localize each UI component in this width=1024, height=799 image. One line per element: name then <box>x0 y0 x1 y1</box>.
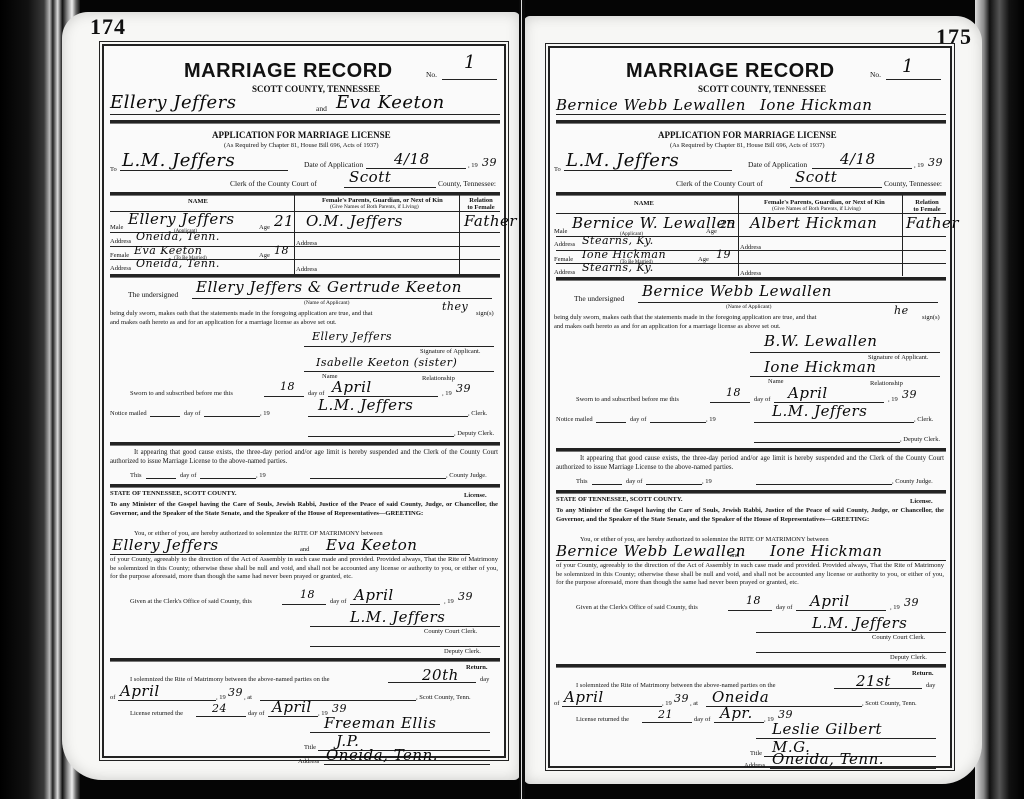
col-parents-subheader: (Give Names of Both Parents, if Living) <box>772 206 861 212</box>
license-bride-name: Eva Keeton <box>326 536 417 554</box>
county-court-clerk-label: County Court Clerk. <box>872 634 925 641</box>
male-address: Stearns, Ky. <box>582 234 654 247</box>
parent-name: Albert Hickman <box>750 214 877 232</box>
col-parents-subheader: (Give Names of Both Parents, if Living) <box>330 204 419 210</box>
sworn-label: Sworn to and subscribed before me this <box>130 390 233 397</box>
female-label: Female <box>110 252 129 259</box>
undersigned-label: The undersigned <box>128 290 178 299</box>
male-label: Male <box>110 224 123 231</box>
solemnized-year: 39 <box>674 692 689 705</box>
marriage-record-form: MARRIAGE RECORD No. 1 SCOTT COUNTY, TENN… <box>102 44 506 758</box>
license-returned-label: License returned the <box>130 710 183 717</box>
given-label: Given at the Clerk's Office of said Coun… <box>576 604 698 611</box>
given-month: April <box>810 592 850 610</box>
application-year: 39 <box>928 156 943 169</box>
state-heading: STATE OF TENNESSEE, SCOTT COUNTY. <box>556 496 683 503</box>
undersigned-label: The undersigned <box>574 294 624 303</box>
returned-month: Apr. <box>720 704 753 722</box>
sworn-year: 39 <box>456 382 471 395</box>
male-address: Oneida, Tenn. <box>136 230 220 243</box>
form-title: MARRIAGE RECORD <box>184 60 393 83</box>
witness-value: Ione Hickman <box>764 358 876 376</box>
county-value: Scott <box>349 168 391 186</box>
undersigned-value: Ellery Jeffers & Gertrude Keeton <box>196 278 462 296</box>
oath-sign-suffix: sign(s) <box>476 310 494 317</box>
male-age-label: Age <box>706 228 717 235</box>
bride-name: Eva Keeton <box>336 92 445 113</box>
license-label: License. <box>910 498 933 505</box>
license-groom-name: Bernice Webb Lewallen <box>556 542 746 560</box>
oath-text-2: and makes oath hereto as and for an appl… <box>554 323 781 330</box>
judge-day-of-label: day of <box>626 478 642 485</box>
return-label: Return. <box>912 670 933 677</box>
license-groom-name: Ellery Jeffers <box>112 536 219 554</box>
record-number: 1 <box>902 56 914 77</box>
relation-value: Father <box>464 212 517 230</box>
col-relation-header: Relation to Female <box>466 197 496 211</box>
judge-19-label: , 19 <box>256 472 266 479</box>
solemnized-year: 39 <box>228 686 243 699</box>
ledger-page-174: 174 MARRIAGE RECORD No. 1 SCOTT COUNTY, … <box>62 12 520 780</box>
deputy-clerk-label: , Deputy Clerk. <box>454 430 494 437</box>
sworn-year: 39 <box>902 388 917 401</box>
oath-signer: they <box>442 300 468 313</box>
solemnized-year-prefix: , 19 <box>216 694 226 701</box>
officiant-address-label: Address <box>298 758 319 765</box>
county-suffix: County, Tennessee: <box>438 179 496 188</box>
sworn-year-prefix: , 19 <box>888 396 898 403</box>
witness-value: Isabelle Keeton (sister) <box>316 356 457 369</box>
female-age-label: Age <box>259 252 270 259</box>
application-heading: APPLICATION FOR MARRIAGE LICENSE <box>212 130 391 140</box>
at-label: , at <box>244 694 252 701</box>
parent-address-label-2: Address <box>296 266 317 273</box>
solemnized-month: April <box>564 688 604 706</box>
clerk-label: , Clerk. <box>468 410 487 417</box>
at-label: , at <box>690 700 698 707</box>
relationship-label: Relationship <box>422 375 455 382</box>
female-label: Female <box>554 256 573 263</box>
to-any-minister-text: To any Minister of the Gospel having the… <box>110 501 498 518</box>
application-subheading: (As Required by Chapter 81, House Bill 6… <box>224 142 379 149</box>
officiant-address-label: Address <box>744 762 765 769</box>
returned-day-of-label: day of <box>248 710 264 717</box>
to-any-minister-text: To any Minister of the Gospel having the… <box>556 507 944 524</box>
to-label: To <box>554 166 561 173</box>
license-deputy-clerk-label: Deputy Clerk. <box>890 654 927 661</box>
applicant-signature: B.W. Lewallen <box>764 332 877 350</box>
male-age: 21 <box>274 212 294 230</box>
title-label: Title <box>304 744 316 751</box>
of-label: of <box>554 700 559 707</box>
county-judge-label: , County Judge. <box>446 472 487 479</box>
oath-text-1: being duly sworn, makes oath that the st… <box>110 310 372 317</box>
judge-day-of-label: day of <box>180 472 196 479</box>
oath-text-2: and makes oath hereto as and for an appl… <box>110 319 337 326</box>
solemnized-month: April <box>120 682 160 700</box>
record-no-label: No. <box>426 70 437 79</box>
male-label: Male <box>554 228 567 235</box>
returned-day: 24 <box>212 702 227 715</box>
relationship-label: Relationship <box>870 380 903 387</box>
license-deputy-clerk-label: Deputy Clerk. <box>444 648 481 655</box>
returned-month: April <box>272 698 312 716</box>
male-name: Ellery Jeffers <box>128 210 235 228</box>
book-binding-right <box>975 0 1024 799</box>
county-line: SCOTT COUNTY, TENNESSEE <box>698 84 826 94</box>
returned-day: 21 <box>658 708 673 721</box>
record-no-label: No. <box>870 70 881 79</box>
female-age: 18 <box>274 244 289 257</box>
given-month: April <box>354 586 394 604</box>
female-address-label: Address <box>554 269 575 276</box>
clerk-of-county-label: Clerk of the County Court of <box>230 179 317 188</box>
sworn-month: April <box>788 384 828 402</box>
female-age-label: Age <box>698 256 709 263</box>
year-prefix: , 19 <box>468 162 478 169</box>
clerk-signature: L.M. Jeffers <box>772 402 867 420</box>
officiant-address: Oneida, Tenn. <box>772 750 884 768</box>
notice-day-of-label: day of <box>184 410 200 417</box>
ledger-page-175: 175 MARRIAGE RECORD No. 1 SCOTT COUNTY, … <box>524 16 982 784</box>
marriage-record-form: MARRIAGE RECORD No. 1 SCOTT COUNTY, TENN… <box>548 46 952 768</box>
scott-county-label: , Scott County, Tenn. <box>862 700 917 707</box>
return-label: Return. <box>466 664 487 671</box>
oath-text-1: being duly sworn, makes oath that the st… <box>554 314 816 321</box>
col-parents-header: Female's Parents, Guardian, or Next of K… <box>322 197 443 204</box>
given-label: Given at the Clerk's Office of said Coun… <box>130 598 252 605</box>
female-address: Oneida, Tenn. <box>136 257 220 270</box>
notice-19-label: , 19 <box>260 410 270 417</box>
judge-19-label: , 19 <box>702 478 712 485</box>
sworn-day: 18 <box>726 386 741 399</box>
form-title: MARRIAGE RECORD <box>626 60 835 83</box>
page-number: 174 <box>90 14 126 40</box>
given-year-prefix: , 19 <box>890 604 900 611</box>
parent-name: O.M. Jeffers <box>306 212 403 230</box>
license-and-label: and <box>300 546 309 553</box>
provided-text: of your County, agreeably to the directi… <box>556 562 944 588</box>
solemnized-day-label: day <box>926 682 935 689</box>
license-clerk-signature: L.M. Jeffers <box>812 614 907 632</box>
of-label: of <box>110 694 115 701</box>
officiant-signature: Leslie Gilbert <box>772 720 882 738</box>
sworn-year-prefix: , 19 <box>442 390 452 397</box>
notice-mailed-label: Notice mailed <box>556 416 593 423</box>
to-clerk-value: L.M. Jeffers <box>566 150 679 171</box>
to-label: To <box>110 166 117 173</box>
undersigned-value: Bernice Webb Lewallen <box>642 282 832 300</box>
signature-of-applicant-label: Signature of Applicant. <box>420 348 480 355</box>
relation-value: Father <box>906 214 959 232</box>
bride-name: Ione Hickman <box>760 96 872 114</box>
given-day: 18 <box>300 588 315 601</box>
applicant-signature: Ellery Jeffers <box>312 330 392 343</box>
male-age: 25 <box>720 218 735 231</box>
male-address-label: Address <box>554 241 575 248</box>
county-judge-label: , County Judge. <box>892 478 933 485</box>
book-gutter <box>519 0 525 799</box>
col-parents-header: Female's Parents, Guardian, or Next of K… <box>764 199 885 206</box>
female-age: 19 <box>716 248 731 261</box>
and-label: and <box>316 104 327 113</box>
year-prefix: , 19 <box>914 162 924 169</box>
given-day: 18 <box>746 594 761 607</box>
sworn-month: April <box>332 378 372 396</box>
application-subheading: (As Required by Chapter 81, House Bill 6… <box>670 142 825 149</box>
county-suffix: County, Tennessee: <box>884 179 942 188</box>
given-day-of-label: day of <box>330 598 346 605</box>
returned-day-of-label: day of <box>694 716 710 723</box>
license-clerk-signature: L.M. Jeffers <box>350 608 445 626</box>
license-label: License. <box>464 492 487 499</box>
notice-mailed-label: Notice mailed <box>110 410 147 417</box>
sworn-day-of-label: day of <box>754 396 770 403</box>
sworn-day: 18 <box>280 380 295 393</box>
clerk-of-county-label: Clerk of the County Court of <box>676 179 763 188</box>
license-returned-label: License returned the <box>576 716 629 723</box>
title-label: Title <box>750 750 762 757</box>
sworn-label: Sworn to and subscribed before me this <box>576 396 679 403</box>
provided-text: of your County, agreeably to the directi… <box>110 556 498 582</box>
clerk-label: , Clerk. <box>914 416 933 423</box>
this-label: This <box>576 478 588 485</box>
name-of-applicant-note: (Name of Applicant) <box>726 304 772 310</box>
female-address-label: Address <box>110 265 131 272</box>
given-year-prefix: , 19 <box>444 598 454 605</box>
groom-name: Bernice Webb Lewallen <box>556 96 746 114</box>
good-cause-text: It appearing that good cause exists, the… <box>110 448 498 466</box>
scott-county-label: , Scott County, Tenn. <box>416 694 471 701</box>
to-clerk-value: L.M. Jeffers <box>122 150 235 171</box>
county-court-clerk-label: County Court Clerk. <box>424 628 477 635</box>
given-year: 39 <box>458 590 473 603</box>
notice-19-label: , 19 <box>706 416 716 423</box>
solemnized-year-prefix: , 19 <box>662 700 672 707</box>
oath-sign-suffix: sign(s) <box>922 314 940 321</box>
name-label: Name <box>768 378 784 385</box>
male-age-label: Age <box>259 224 270 231</box>
given-year: 39 <box>904 596 919 609</box>
solemnized-day-label: day <box>480 676 489 683</box>
col-name-header: NAME <box>634 200 654 207</box>
col-name-header: NAME <box>188 198 208 205</box>
oath-signer: he <box>894 304 909 317</box>
officiant-address: Oneida, Tenn. <box>326 746 438 764</box>
signature-of-applicant-label: Signature of Applicant. <box>868 354 928 361</box>
male-address-label: Address <box>110 238 131 245</box>
female-address: Stearns, Ky. <box>582 261 654 274</box>
good-cause-text: It appearing that good cause exists, the… <box>556 454 944 472</box>
application-year: 39 <box>482 156 497 169</box>
date-of-application-value: 4/18 <box>394 150 430 168</box>
date-of-application-value: 4/18 <box>840 150 876 168</box>
this-label: This <box>130 472 142 479</box>
col-relation-header: Relation to Female <box>912 199 942 213</box>
given-day-of-label: day of <box>776 604 792 611</box>
notice-day-of-label: day of <box>630 416 646 423</box>
state-heading: STATE OF TENNESSEE, SCOTT COUNTY. <box>110 490 237 497</box>
clerk-signature: L.M. Jeffers <box>318 396 413 414</box>
record-number: 1 <box>464 52 476 73</box>
deputy-clerk-label: , Deputy Clerk. <box>900 436 940 443</box>
parent-address-label-2: Address <box>740 270 761 277</box>
license-bride-name: Ione Hickman <box>770 542 882 560</box>
application-heading: APPLICATION FOR MARRIAGE LICENSE <box>658 130 837 140</box>
license-and-label: and <box>730 552 739 559</box>
county-value: Scott <box>795 168 837 186</box>
officiant-signature: Freeman Ellis <box>324 714 436 732</box>
name-of-applicant-note: (Name of Applicant) <box>304 300 350 306</box>
groom-name: Ellery Jeffers <box>110 92 237 113</box>
